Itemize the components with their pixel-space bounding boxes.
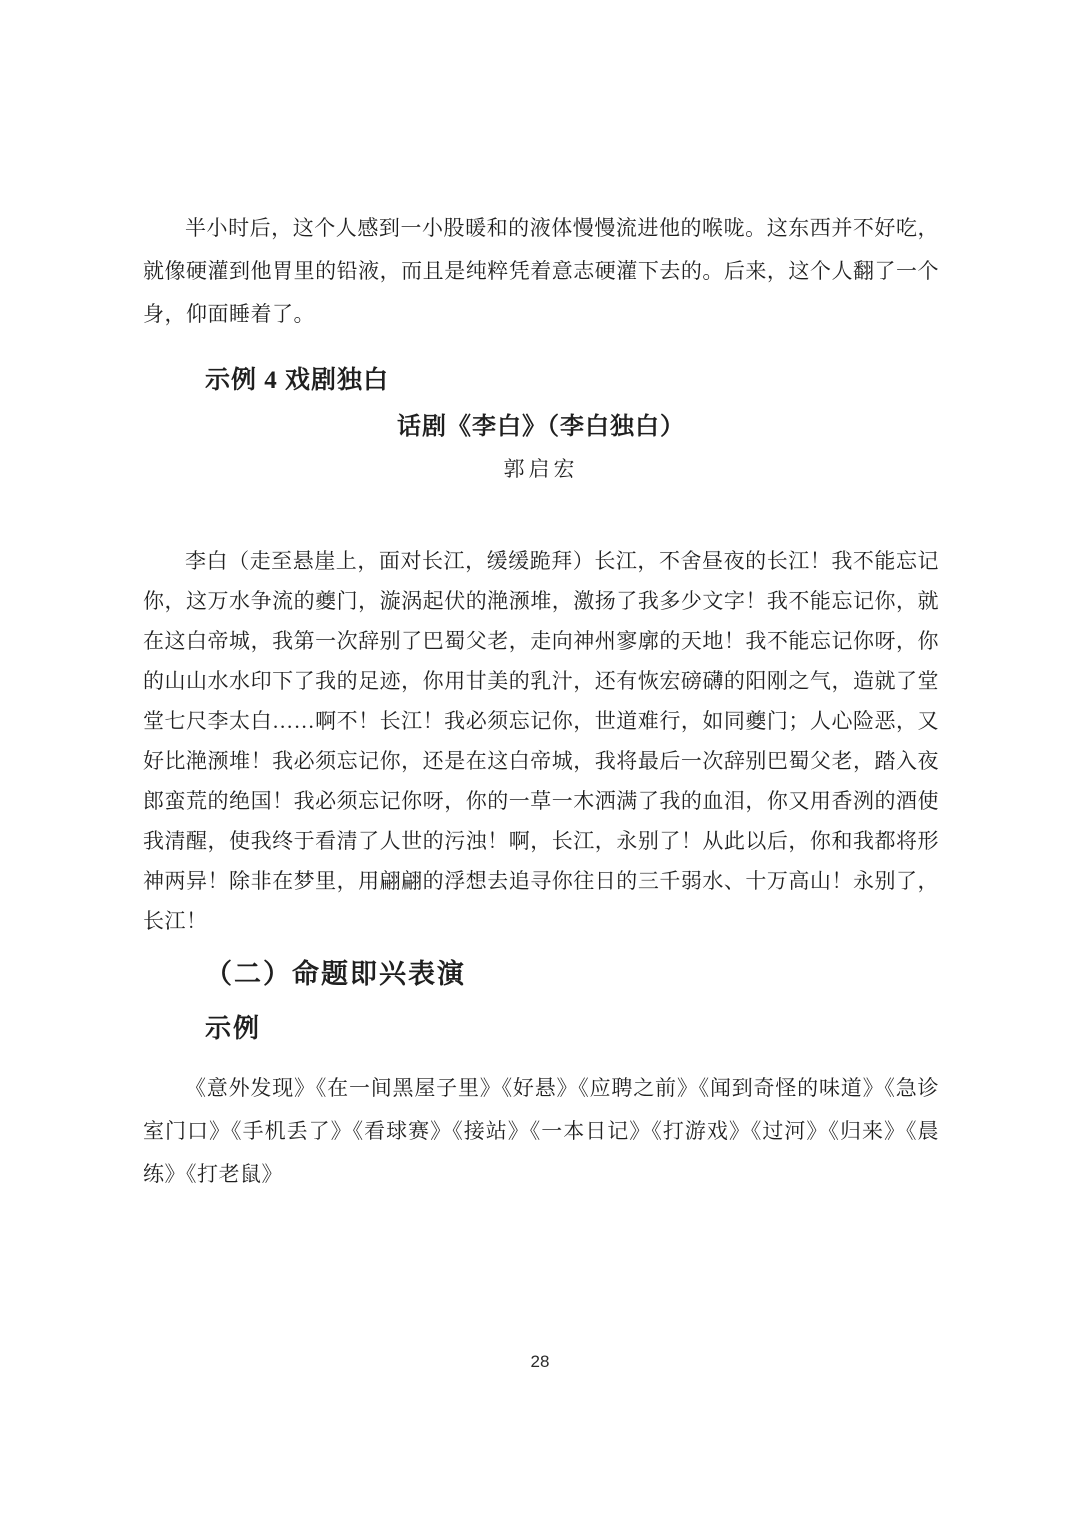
section2-subheading: 示例	[205, 1008, 261, 1045]
example4-heading: 示例 4 戏剧独白	[205, 360, 389, 396]
improv-titles-paragraph: 《意外发现》《在一间黑屋子里》《好悬》《应聘之前》《闻到奇怪的味道》《急诊室门口…	[143, 1067, 939, 1196]
section2-heading: （二）命题即兴表演	[205, 952, 466, 991]
page-number: 28	[0, 1352, 1080, 1372]
play-title: 话剧《李白》（李白独白）	[143, 406, 939, 441]
intro-paragraph: 半小时后，这个人感到一小股暖和的液体慢慢流进他的喉咙。这东西并不好吃，就像硬灌到…	[143, 207, 939, 336]
document-page: 半小时后，这个人感到一小股暖和的液体慢慢流进他的喉咙。这东西并不好吃，就像硬灌到…	[0, 0, 1080, 1526]
libai-monologue-paragraph: 李白（走至悬崖上，面对长江，缓缓跪拜）长江，不舍昼夜的长江！我不能忘记你，这万水…	[143, 541, 939, 941]
author-name: 郭启宏	[143, 453, 939, 483]
